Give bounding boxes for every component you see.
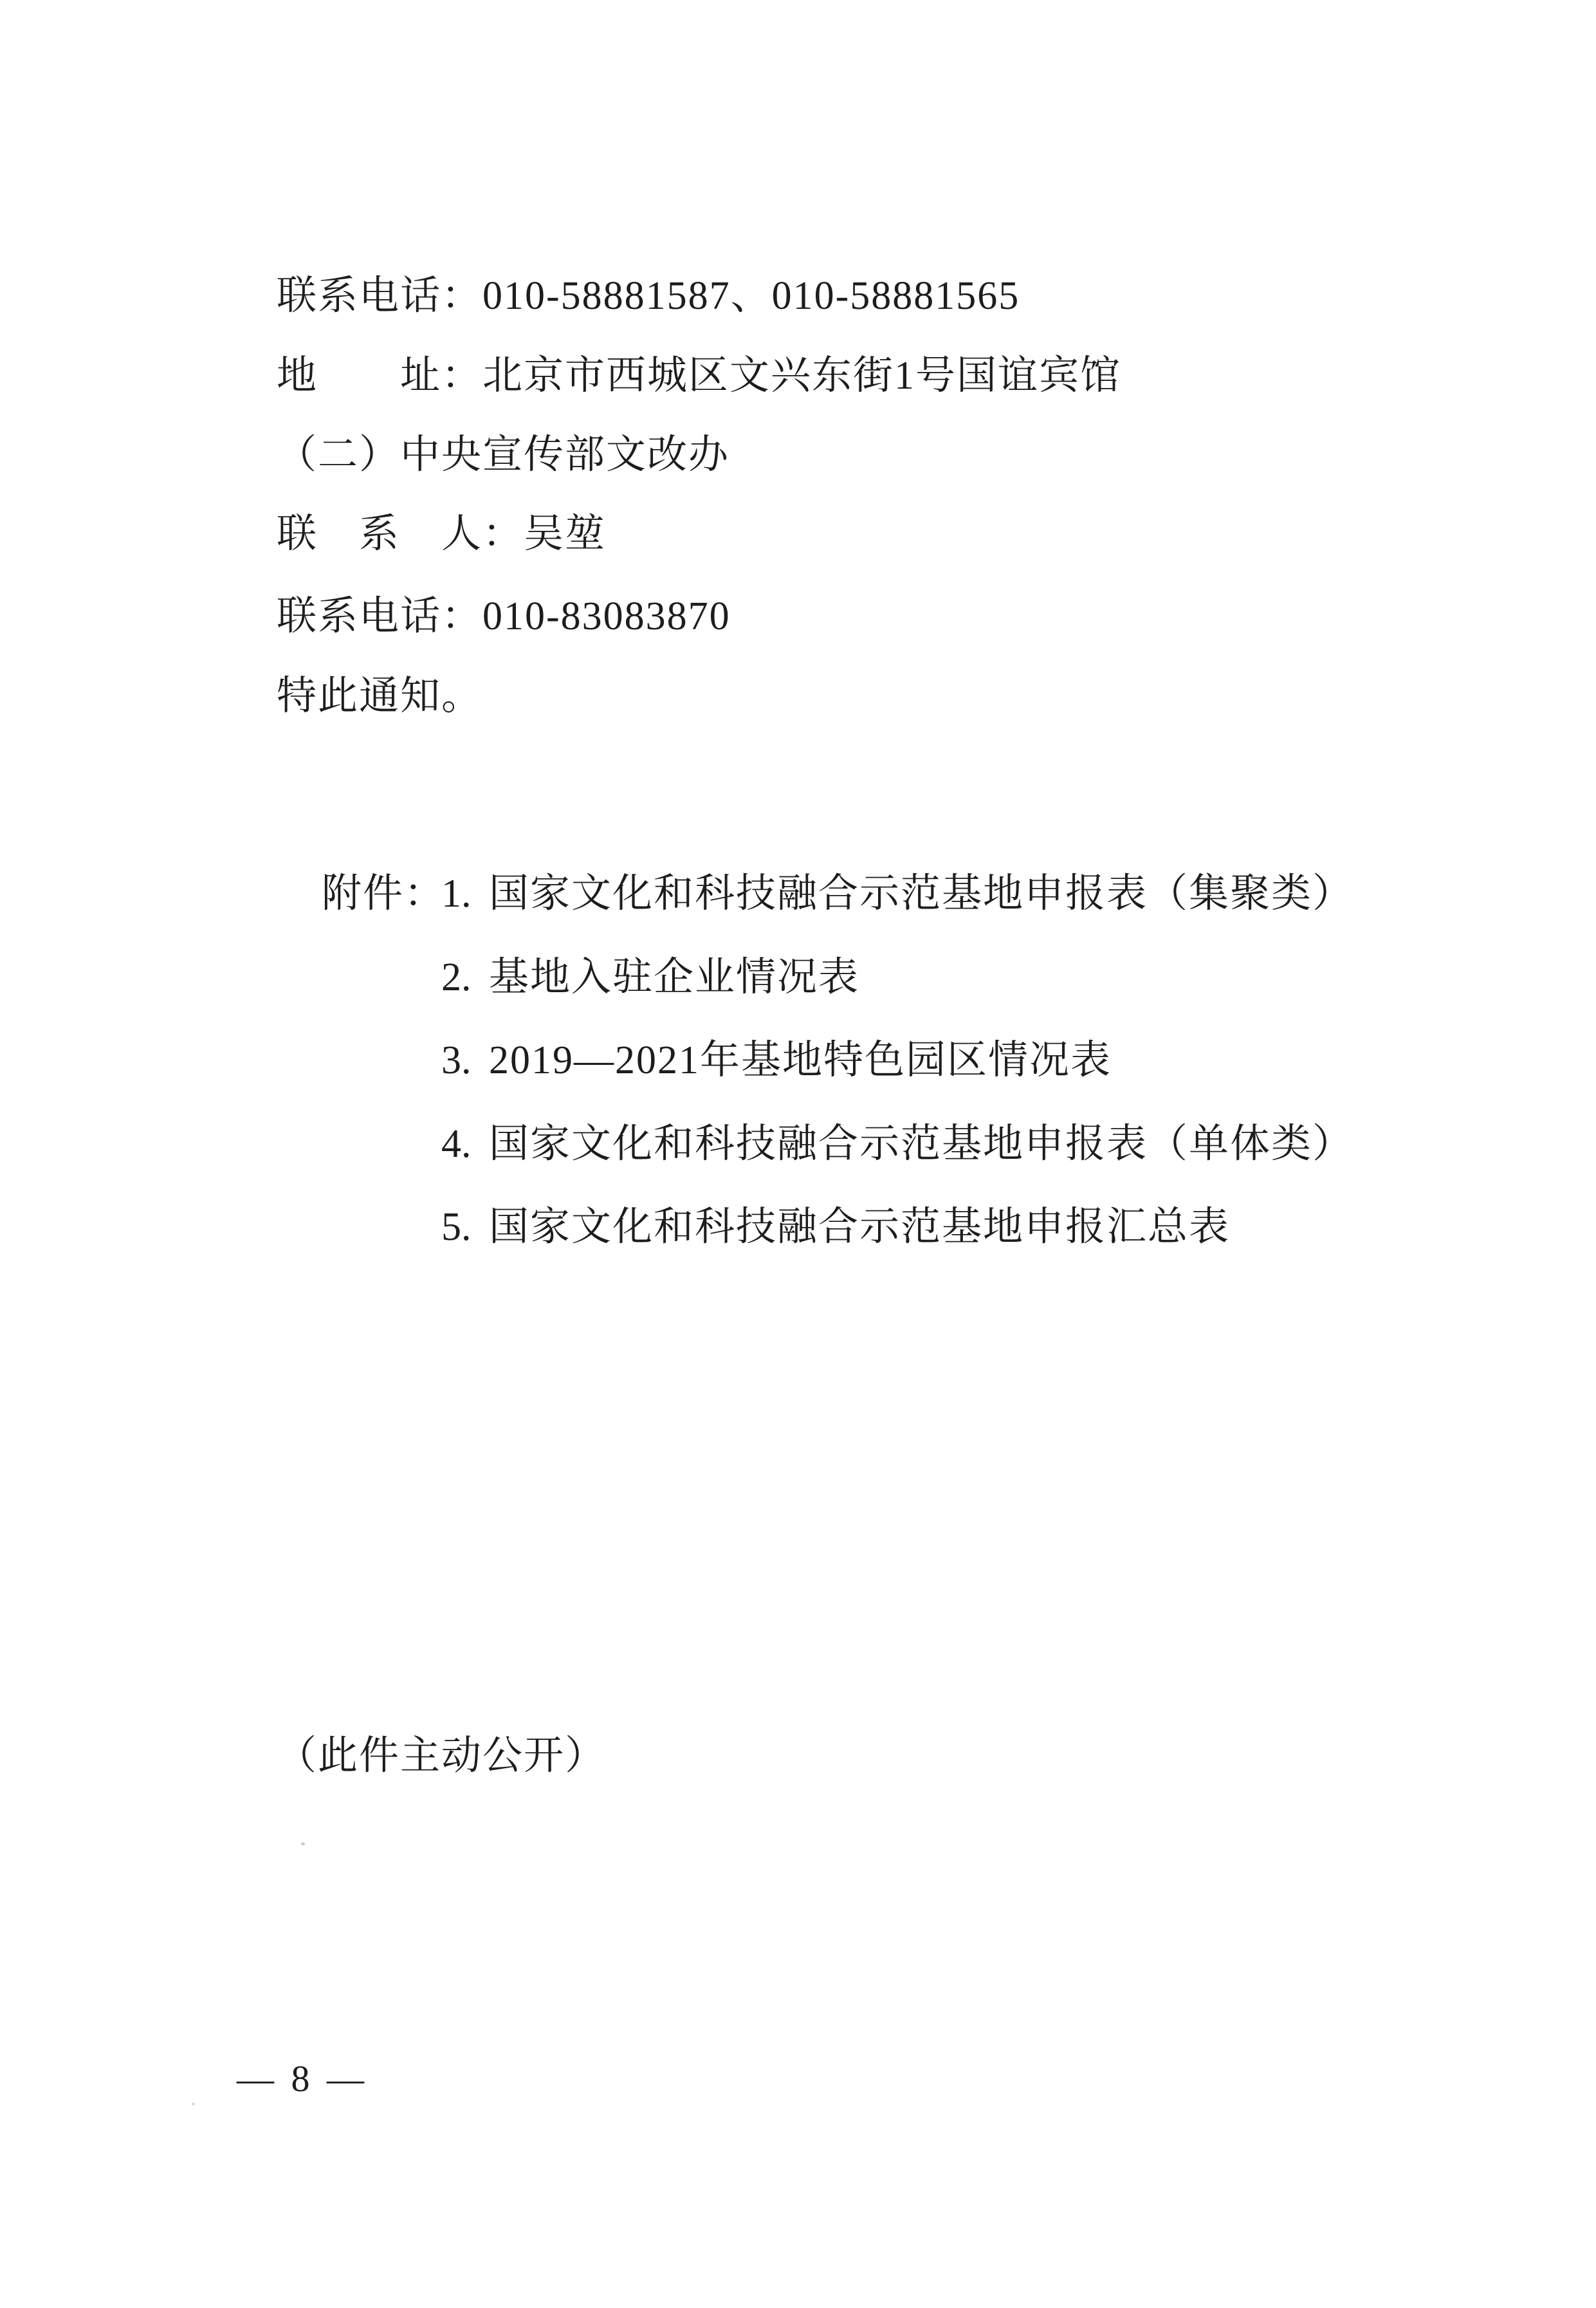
attachment-number: 5. — [441, 1203, 489, 1251]
line-section-2-heading: （二）中央宣传部文改办 — [277, 431, 729, 479]
scan-speckle — [301, 1842, 305, 1845]
line-closing: 特此通知。 — [277, 672, 482, 720]
line-contact-phone-2: 联系电话：010-83083870 — [277, 593, 731, 640]
page-number: — 8 — — [237, 2058, 368, 2100]
line-address: 地 址：北京市西城区文兴东街1号国谊宾馆 — [277, 352, 1121, 400]
line-contact-person: 联 系 人：吴堃 — [277, 510, 606, 558]
line-contact-phone-1: 联系电话：010-58881587、010-58881565 — [277, 272, 1020, 320]
attachment-row-5: 5.国家文化和科技融合示范基地申报汇总表 — [396, 1156, 1230, 1298]
scan-speckle — [192, 2103, 195, 2105]
document-page: 联系电话：010-58881587、010-58881565 地 址：北京市西城… — [0, 0, 1596, 2308]
attachment-title: 国家文化和科技融合示范基地申报汇总表 — [489, 1205, 1230, 1249]
disclosure-note: （此件主动公开） — [277, 1732, 606, 1780]
